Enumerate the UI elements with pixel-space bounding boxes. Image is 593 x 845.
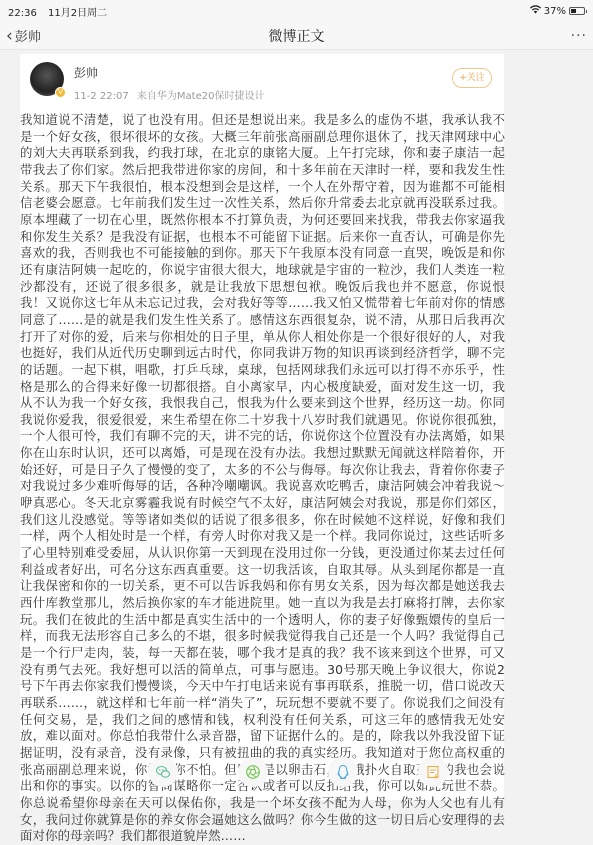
share-save-image-button[interactable] [418, 757, 448, 787]
page-title: 微博正文 [0, 26, 593, 46]
post-body: 我知道说不清楚，说了也没有用。但还是想说出来。我是多么的虚伪不堪，我承认我不是一… [20, 112, 505, 800]
share-wechat-button[interactable] [148, 757, 178, 787]
status-bar: 22:36 11月2日周二 37% [0, 0, 593, 22]
status-left: 22:36 11月2日周二 [8, 4, 115, 19]
battery-icon [569, 7, 585, 15]
status-date: 11月2日周二 [48, 8, 107, 19]
share-row [148, 757, 448, 787]
follow-button[interactable]: +关注 [452, 68, 492, 88]
wechat-icon [155, 764, 171, 780]
verified-badge-icon: V [55, 87, 66, 98]
author-name[interactable]: 彭帅 [74, 64, 264, 81]
more-options-button[interactable]: ··· [571, 28, 587, 44]
post-subline: 11-2 22:07 来自华为Mate20保时捷设计 [74, 87, 264, 102]
chevron-left-icon: ‹ [6, 26, 13, 46]
moments-icon [245, 764, 261, 780]
right-gutter [504, 54, 593, 800]
battery-percent: 37% [544, 6, 566, 17]
post-header: V 彭帅 11-2 22:07 来自华为Mate20保时捷设计 +关注 [20, 54, 504, 110]
post-source: 来自华为Mate20保时捷设计 [137, 91, 265, 102]
share-moments-button[interactable] [238, 757, 268, 787]
qq-icon [335, 764, 351, 780]
post-meta: 彭帅 11-2 22:07 来自华为Mate20保时捷设计 [74, 62, 264, 110]
status-time: 22:36 [8, 8, 37, 19]
avatar[interactable]: V [30, 62, 64, 96]
nav-bar: ‹ 彭帅 微博正文 ··· [0, 22, 593, 50]
back-button[interactable]: ‹ 彭帅 [6, 26, 41, 46]
post-timestamp: 11-2 22:07 [74, 91, 129, 102]
back-label: 彭帅 [15, 26, 41, 45]
wifi-icon [530, 5, 541, 17]
save-image-icon [425, 764, 441, 780]
share-qq-button[interactable] [328, 757, 358, 787]
status-right: 37% [530, 5, 585, 17]
